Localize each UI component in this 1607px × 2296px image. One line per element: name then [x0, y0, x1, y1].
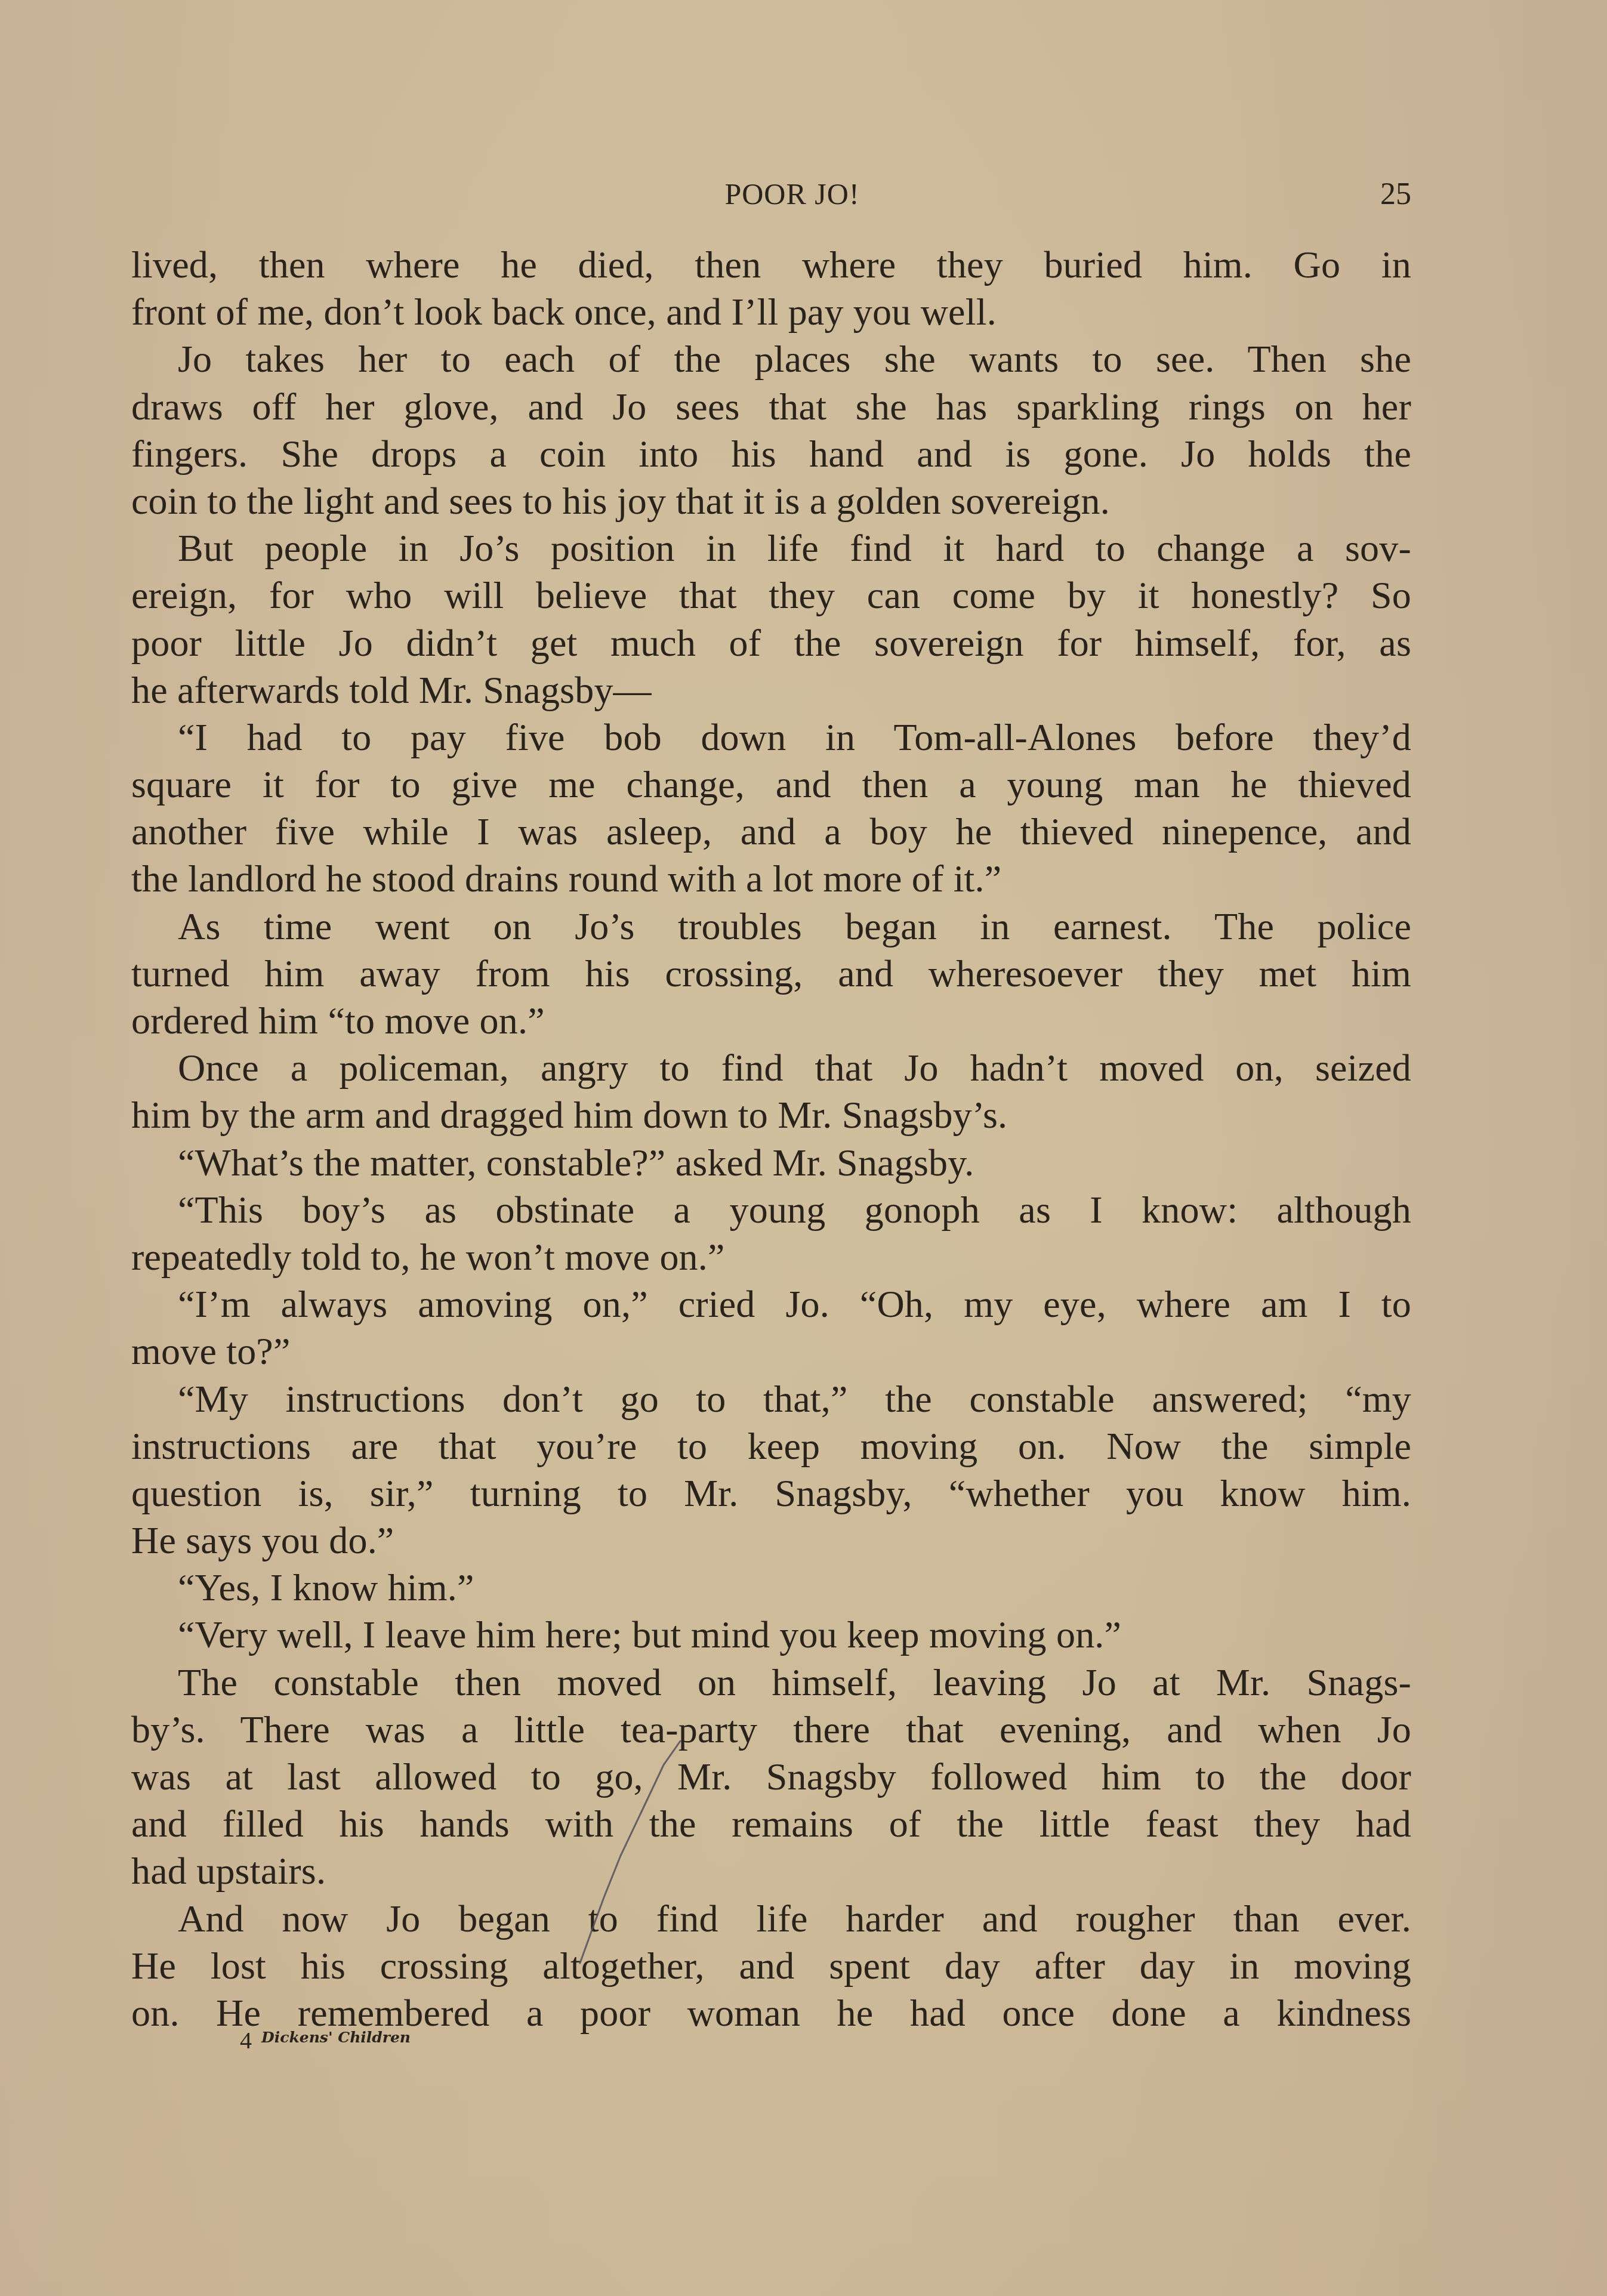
- text-line: “I’m always amoving on,” cried Jo. “Oh, …: [131, 1280, 1411, 1328]
- text-line: had upstairs.: [131, 1847, 1411, 1894]
- text-line: “This boy’s as obstinate a young gonoph …: [131, 1186, 1411, 1233]
- text-line: Once a policeman, angry to find that Jo …: [131, 1044, 1411, 1091]
- text-line: “I had to pay five bob down in Tom-all-A…: [131, 714, 1411, 761]
- signature-number: 4: [240, 2027, 252, 2054]
- text-line: front of me, don’t look back once, and I…: [131, 288, 1411, 335]
- text-line: The constable then moved on himself, lea…: [131, 1659, 1411, 1706]
- text-line: the landlord he stood drains round with …: [131, 855, 1411, 902]
- text-line: coin to the light and sees to his joy th…: [131, 477, 1411, 524]
- text-line: He lost his crossing altogether, and spe…: [131, 1942, 1411, 1989]
- text-line: lived, then where he died, then where th…: [131, 241, 1411, 288]
- text-line: But people in Jo’s position in life find…: [131, 524, 1411, 572]
- page-number: 25: [1380, 177, 1411, 212]
- text-line: fingers. She drops a coin into his hand …: [131, 430, 1411, 477]
- text-line: “Very well, I leave him here; but mind y…: [131, 1611, 1411, 1658]
- text-line: “Yes, I know him.”: [131, 1564, 1411, 1611]
- text-line: draws off her glove, and Jo sees that sh…: [131, 383, 1411, 430]
- text-line: ordered him “to move on.”: [131, 997, 1411, 1044]
- running-title: POOR JO!: [131, 177, 1411, 211]
- text-line: “My instructions don’t go to that,” the …: [131, 1375, 1411, 1422]
- text-line: him by the arm and dragged him down to M…: [131, 1091, 1411, 1138]
- text-line: he afterwards told Mr. Snagsby—: [131, 666, 1411, 714]
- text-line: poor little Jo didn’t get much of the so…: [131, 619, 1411, 666]
- text-line: instructions are that you’re to keep mov…: [131, 1422, 1411, 1470]
- text-line: was at last allowed to go, Mr. Snagsby f…: [131, 1753, 1411, 1800]
- text-line: turned him away from his crossing, and w…: [131, 950, 1411, 997]
- text-line: As time went on Jo’s troubles began in e…: [131, 903, 1411, 950]
- text-line: repeatedly told to, he won’t move on.”: [131, 1233, 1411, 1280]
- text-line: Jo takes her to each of the places she w…: [131, 335, 1411, 382]
- signature-title: Dickens' Children: [261, 2029, 411, 2046]
- text-line: by’s. There was a little tea-party there…: [131, 1706, 1411, 1753]
- body-text: lived, then where he died, then where th…: [131, 241, 1411, 2036]
- text-line: “What’s the matter, constable?” asked Mr…: [131, 1139, 1411, 1186]
- text-line: And now Jo began to find life harder and…: [131, 1895, 1411, 1942]
- text-line: question is, sir,” turning to Mr. Snagsb…: [131, 1470, 1411, 1517]
- book-page: POOR JO! 25 lived, then where he died, t…: [0, 0, 1607, 2296]
- running-head: POOR JO! 25: [131, 177, 1411, 218]
- text-line: move to?”: [131, 1328, 1411, 1375]
- printer-signature: 4 Dickens' Children: [240, 2026, 411, 2062]
- text-line: ereign, for who will believe that they c…: [131, 572, 1411, 619]
- text-line: square it for to give me change, and the…: [131, 761, 1411, 808]
- text-line: He says you do.”: [131, 1517, 1411, 1564]
- text-line: and filled his hands with the remains of…: [131, 1800, 1411, 1847]
- text-line: another five while I was asleep, and a b…: [131, 808, 1411, 855]
